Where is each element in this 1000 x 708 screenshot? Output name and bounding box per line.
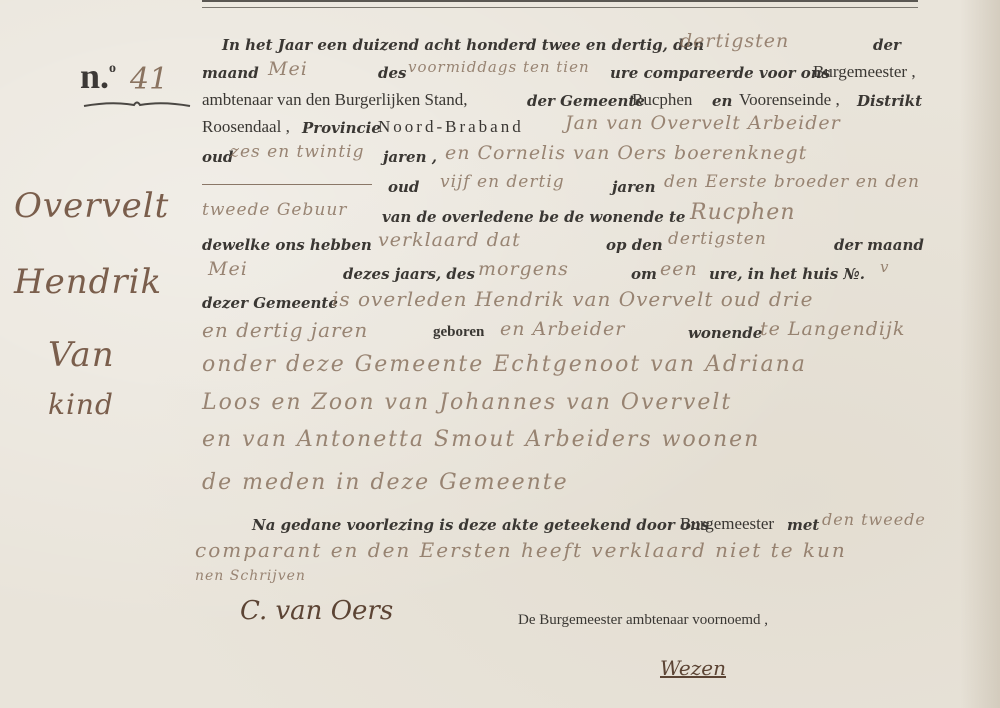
- hand-house-no: v: [880, 258, 889, 276]
- printed-noord-braband: Noord-Braband: [378, 117, 524, 137]
- hand-declarant2: en Cornelis van Oers boerenknegt: [445, 142, 807, 164]
- hand-residence: Rucphen: [690, 200, 796, 225]
- printed-wonende: wonende: [688, 324, 762, 342]
- printed-oud-2: oud: [388, 178, 419, 196]
- printed-voorenseinde: Voorenseinde ,: [739, 90, 840, 110]
- printed-in-het-huis: ure, in het huis №.: [709, 265, 865, 283]
- record-number-value: 41: [130, 62, 168, 97]
- printed-jaren-2: jaren: [612, 178, 656, 196]
- hand-declarant1-age: zes en twintig: [230, 142, 364, 162]
- record-number-prefix: n.: [80, 56, 109, 96]
- hand-relation-b: tweede Gebuur: [202, 200, 347, 220]
- printed-der-gemeente: der Gemeente: [527, 92, 645, 110]
- printed-rucphen: Rucphen: [632, 90, 692, 110]
- printed-roosendaal: Roosendaal ,: [202, 117, 290, 137]
- printed-provincie: Provincie: [302, 119, 381, 137]
- printed-burgemeester: Burgemeester ,: [813, 62, 916, 82]
- hand-day: dertigsten: [680, 30, 789, 52]
- hand-closing-c: nen Schrijven: [195, 568, 306, 584]
- hand-deceased-age: en dertig jaren: [202, 318, 368, 342]
- printed-oud-1: oud: [202, 148, 233, 166]
- hand-closing-b: comparant en den Eersten heeft verklaard…: [195, 538, 847, 562]
- record-number-flourish-icon: [82, 100, 192, 108]
- hand-deceased: is overleden Hendrik van Overvelt oud dr…: [332, 287, 813, 311]
- printed-closing-met: met: [787, 516, 819, 534]
- hand-declared: verklaard dat: [378, 229, 521, 251]
- hand-month: Mei: [268, 58, 308, 80]
- printed-des: des: [378, 64, 406, 82]
- printed-dewelke: dewelke ons hebben: [202, 236, 372, 254]
- signature-declarant: C. van Oers: [240, 596, 393, 626]
- hand-occupation: en Arbeider: [500, 318, 625, 340]
- printed-maand: maand: [202, 64, 259, 82]
- printed-dezer-gemeente: dezer Gemeente: [202, 294, 338, 312]
- margin-van: Van: [48, 335, 115, 375]
- hand-declarant2-age: vijf en dertig: [440, 172, 565, 192]
- hand-relation: den Eerste broeder en den: [664, 172, 920, 192]
- hand-lives-at: te Langendijk: [760, 318, 905, 340]
- printed-line1: In het Jaar een duizend acht honderd twe…: [222, 36, 704, 54]
- signature-caption: De Burgemeester ambtenaar voornoemd ,: [518, 612, 768, 629]
- hand-line12: onder deze Gemeente Echtgenoot van Adria…: [202, 352, 807, 377]
- hand-death-hour: een: [660, 258, 698, 280]
- margin-kind: kind: [48, 388, 114, 421]
- printed-der-maand: der maand: [834, 236, 924, 254]
- hand-death-month: Mei: [208, 258, 248, 280]
- printed-closing-burgemeester: Burgemeester: [680, 514, 774, 534]
- printed-en: en: [712, 92, 732, 110]
- margin-firstname: Hendrik: [14, 262, 162, 302]
- hand-line15: de meden in deze Gemeente: [202, 470, 569, 495]
- printed-compareerde: ure compareerde voor ons: [610, 64, 830, 82]
- record-number-label: n.o: [80, 55, 116, 97]
- printed-overledene: van de overledene be de wonende te: [382, 208, 685, 226]
- hand-time-of-day: voormiddags ten tien: [408, 58, 590, 76]
- document-page: n.o 41 Overvelt Hendrik Van kind In het …: [0, 0, 1000, 708]
- hand-closing-a: den tweede: [822, 510, 926, 529]
- hand-line13: Loos en Zoon van Johannes van Overvelt: [202, 390, 732, 415]
- printed-jaren-1: jaren ,: [383, 148, 437, 166]
- signature-mayor: Wezen: [660, 656, 726, 680]
- hand-line14: en van Antonetta Smout Arbeiders woonen: [202, 427, 760, 452]
- printed-closing: Na gedane voorlezing is deze akte geteek…: [252, 516, 709, 534]
- hand-death-day: dertigsten: [668, 229, 767, 249]
- printed-geboren: geboren: [433, 324, 484, 341]
- printed-ambtenaar: ambtenaar van den Burgerlijken Stand,: [202, 90, 467, 110]
- hand-declarant1: Jan van Overvelt Arbeider: [565, 112, 841, 134]
- margin-surname: Overvelt: [14, 186, 169, 226]
- printed-om: om: [631, 265, 657, 283]
- printed-distrikt: Distrikt: [857, 92, 922, 110]
- blank-line: [202, 184, 372, 185]
- printed-op-den: op den: [606, 236, 663, 254]
- record-number-superscript: o: [109, 61, 116, 76]
- top-border-rule: [202, 0, 918, 8]
- printed-dezes-jaars: dezes jaars, des: [343, 265, 475, 283]
- printed-der: der: [873, 36, 901, 54]
- hand-death-time: morgens: [478, 258, 569, 280]
